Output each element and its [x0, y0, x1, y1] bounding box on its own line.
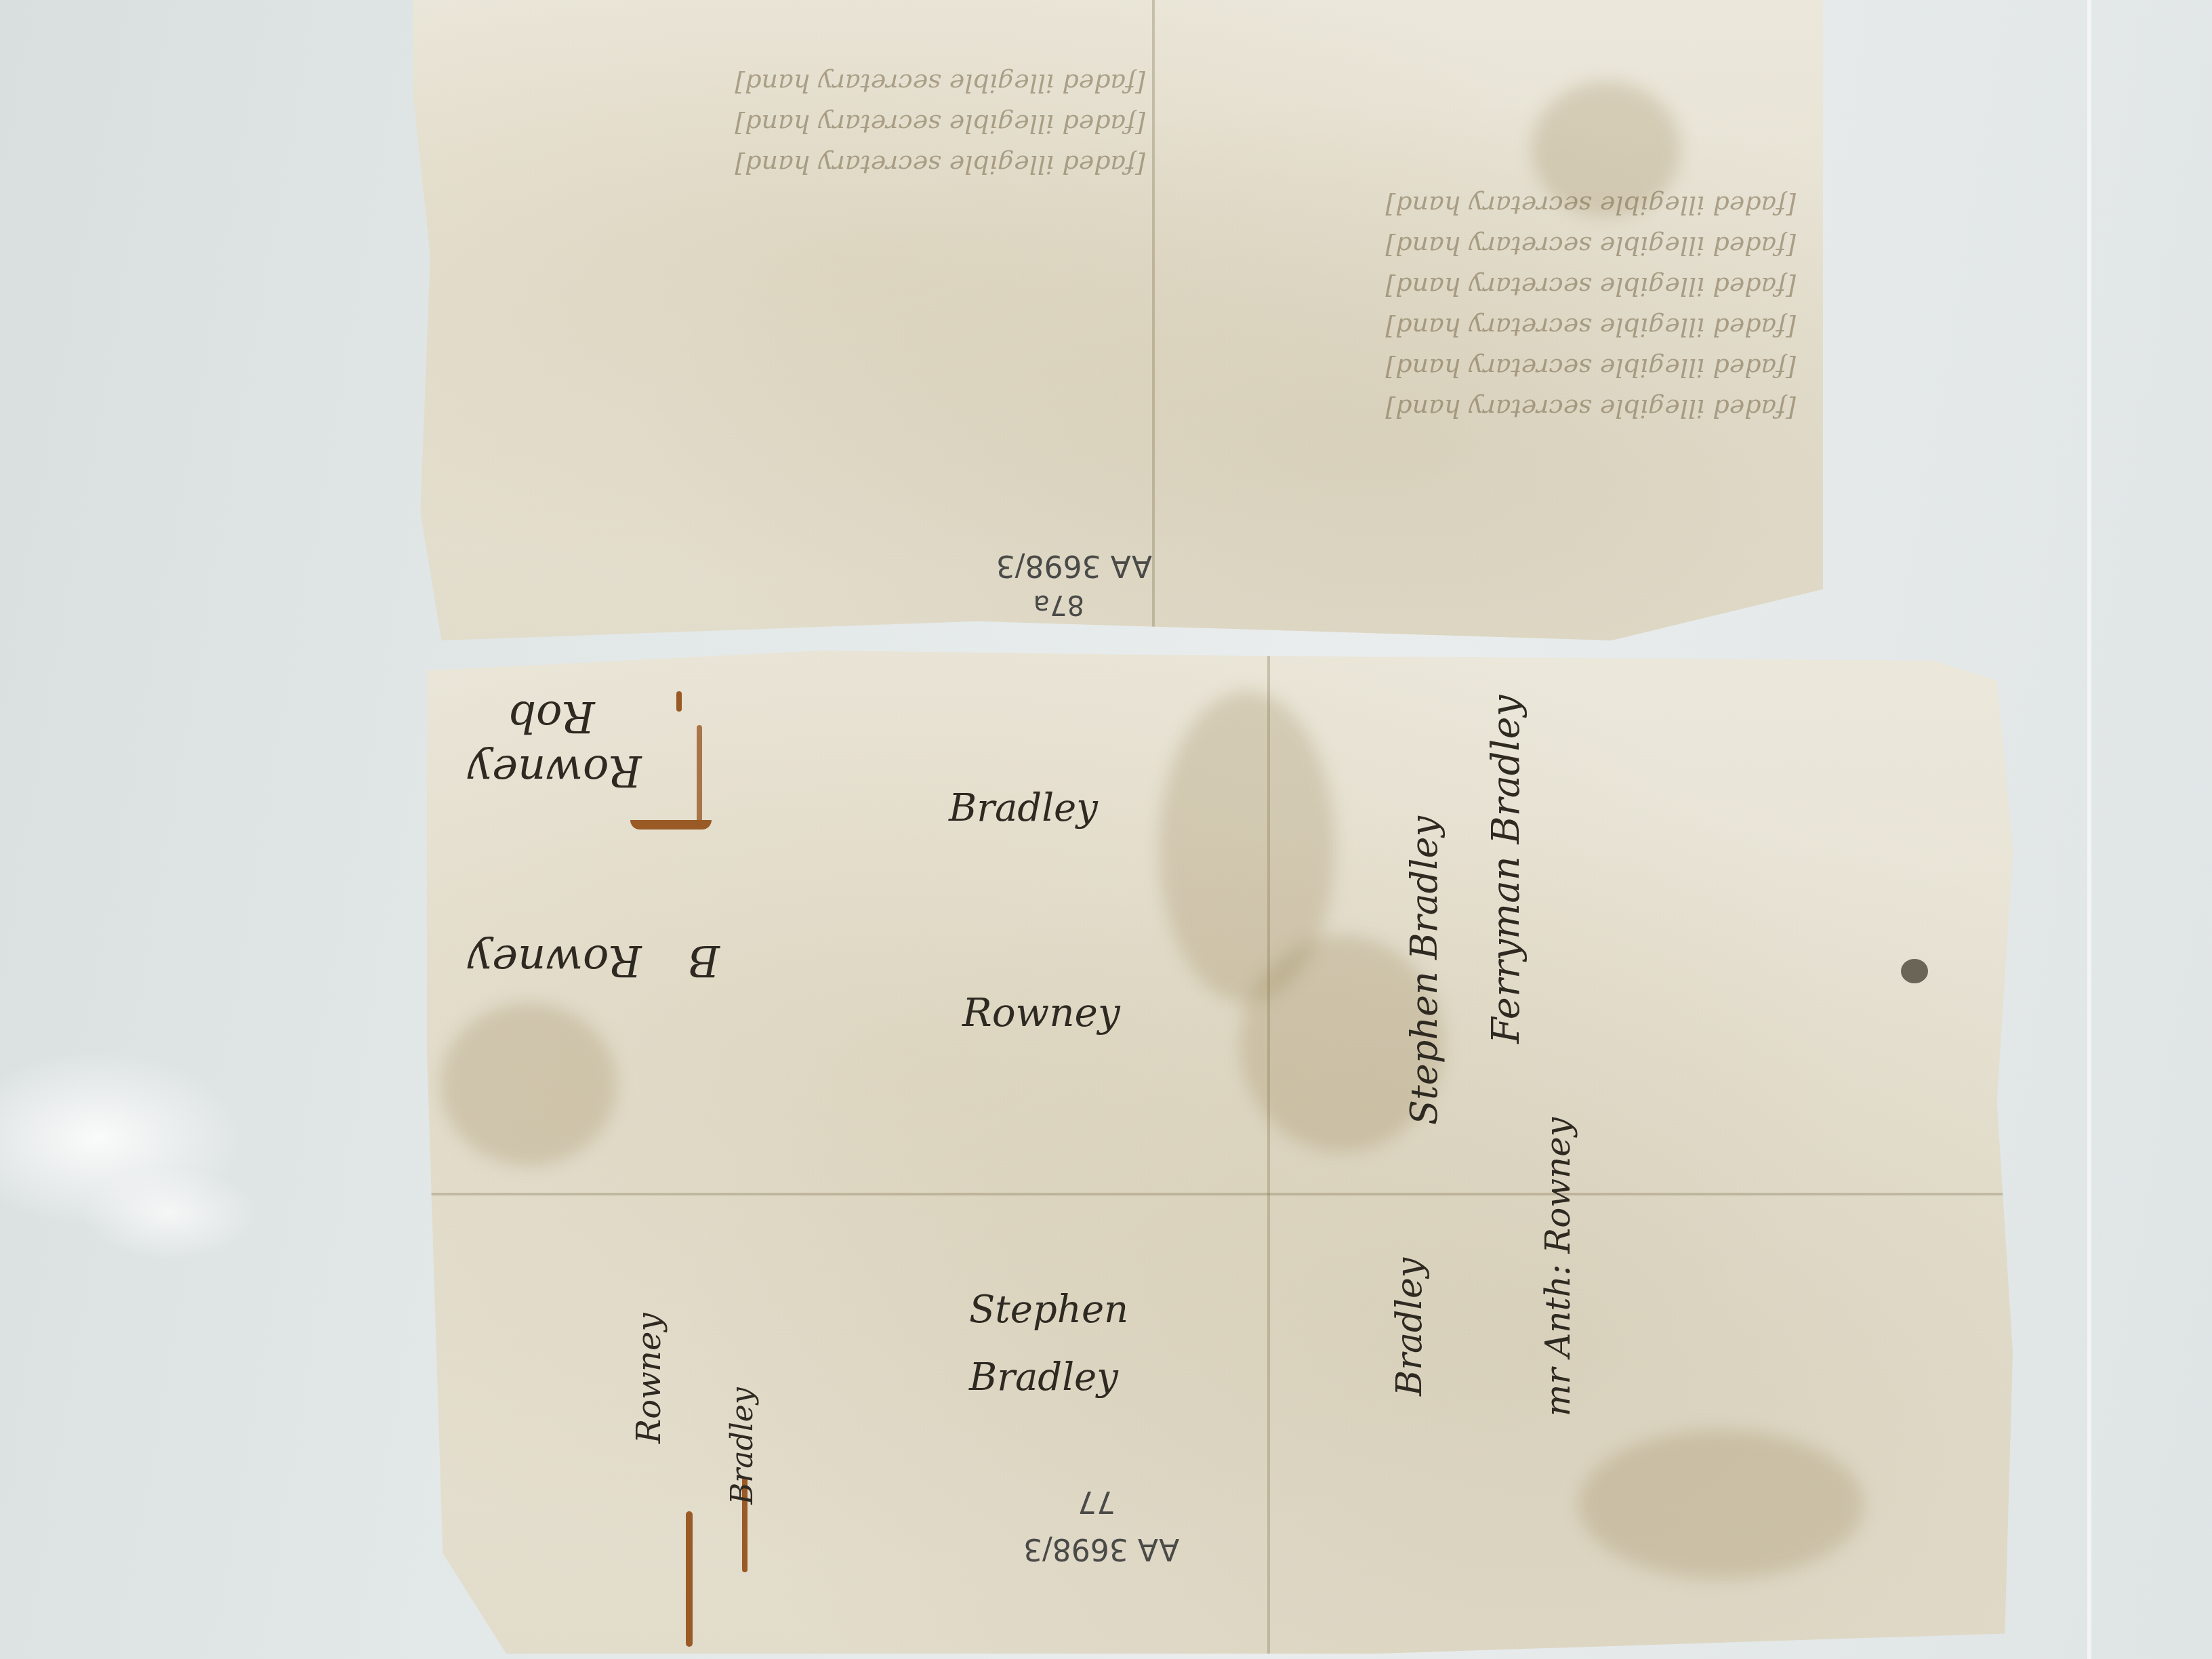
faded-line: [faded illegible secretary hand] [1385, 394, 1796, 424]
inscription-mr-anth-rowney: mr Anth: Rowney [1538, 1118, 1578, 1416]
inscription-rowney: Rowney [468, 745, 642, 796]
rust-mark [697, 725, 702, 827]
top-document: [faded illegible secretary hand] [faded … [413, 0, 1823, 640]
sleeve-edge [2087, 0, 2091, 1659]
inscription-stephen: Stephen [969, 1288, 1128, 1332]
faded-line: [faded illegible secretary hand] [1385, 353, 1796, 383]
inscription-rob: Rob [508, 691, 595, 741]
faded-line: [faded illegible secretary hand] [1385, 231, 1796, 261]
inscription-bradley: Bradley [725, 1387, 760, 1504]
inscription-b: B [688, 935, 720, 985]
inscription-stephen-bradley: Stephen Bradley [1403, 816, 1446, 1125]
inscription-rowney: Rowney [962, 989, 1120, 1036]
inscription-rowney: Rowney [630, 1313, 668, 1443]
faded-line: [faded illegible secretary hand] [735, 150, 1145, 180]
sleeve-glare [81, 1166, 258, 1261]
bottom-document: Rowney Rob Rowney B Rowney Bradley Bradl… [427, 651, 2013, 1654]
top-document-text-block: [faded illegible secretary hand] [faded … [413, 0, 1823, 640]
archive-reference: AA 3698/3 [1023, 1532, 1179, 1566]
rust-mark [676, 691, 682, 712]
faded-line: [faded illegible secretary hand] [1385, 272, 1796, 302]
stain [441, 1003, 617, 1166]
ink-blot [1901, 959, 1928, 983]
inscription-bradley: Bradley [949, 786, 1098, 830]
folio-number: 77 [1078, 1484, 1115, 1519]
stain [1579, 1430, 1864, 1579]
fold-crease [427, 1193, 2013, 1195]
archive-reference: AA 3698/3 [996, 548, 1152, 583]
faded-line: [faded illegible secretary hand] [735, 68, 1145, 98]
faded-line: [faded illegible secretary hand] [1385, 312, 1796, 342]
folio-number: 87a [1033, 589, 1084, 620]
rust-mark [686, 1511, 693, 1647]
faded-line: [faded illegible secretary hand] [1385, 190, 1796, 220]
inscription-rowney: Rowney [468, 935, 642, 985]
inscription-ferryman-bradley: Ferryman Bradley [1484, 695, 1528, 1044]
faded-line: [faded illegible secretary hand] [735, 109, 1145, 139]
inscription-bradley: Bradley [1389, 1258, 1430, 1396]
inscription-bradley: Bradley [969, 1355, 1118, 1399]
